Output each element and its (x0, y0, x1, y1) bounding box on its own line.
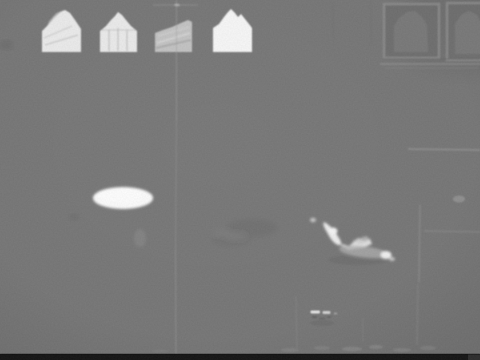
film-grain (0, 0, 480, 360)
photo-canvas (0, 0, 480, 360)
film-grain-light (0, 0, 480, 360)
video-still (0, 0, 480, 360)
